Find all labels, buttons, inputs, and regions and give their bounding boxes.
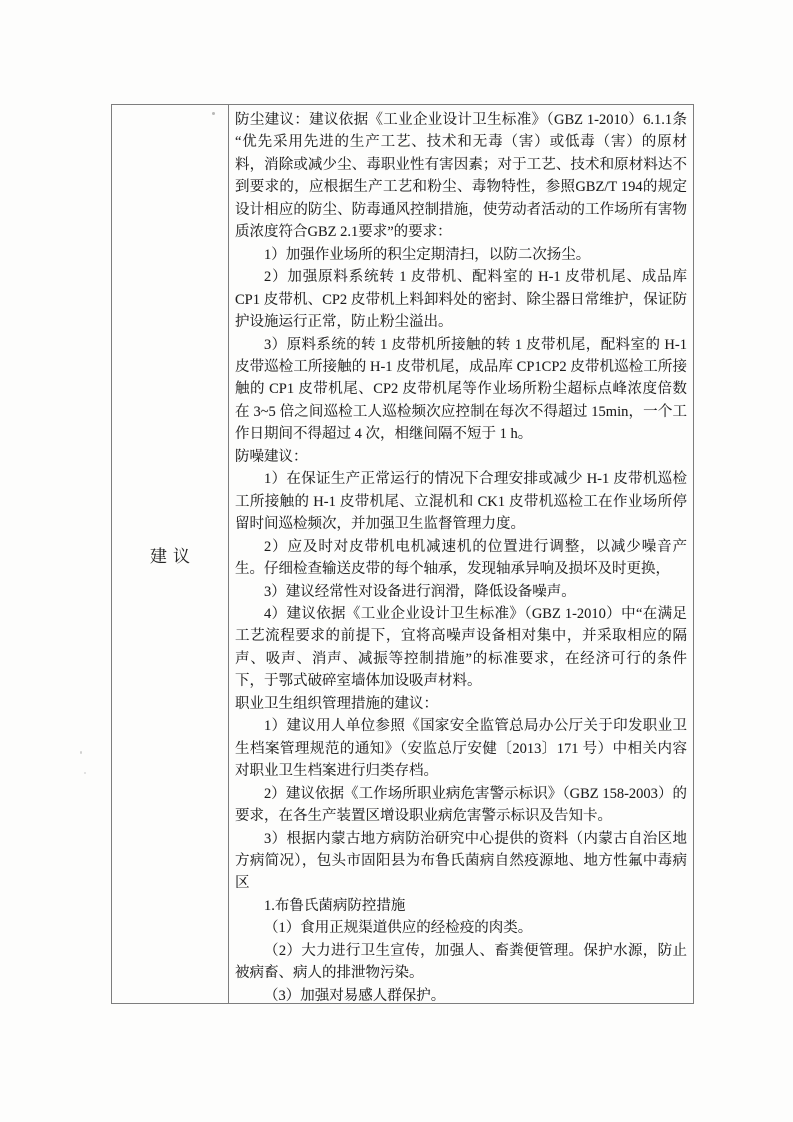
recommendation-paragraph: 1）在保证生产正常运行的情况下合理安排或减少 H-1 皮带机巡检工所接触的 H-… (235, 468, 687, 535)
recommendation-paragraph: 3）根据内蒙古地方病防治研究中心提供的资料（内蒙古自治区地方病简况），包头市固阳… (235, 828, 687, 895)
scan-speck (80, 751, 82, 754)
recommendation-paragraph: （2）大力进行卫生宣传，加强人、畜粪便管理。保护水源，防止被病畜、病人的排泄物污… (235, 940, 687, 985)
recommendations-table-row: 建议 防尘建议：建议依据《工业企业设计卫生标准》（GBZ 1-2010）6.1.… (111, 104, 694, 1004)
recommendation-paragraph: 1.布鲁氏菌病防控措施 (235, 895, 687, 917)
recommendation-paragraph: 3）建议经常性对设备进行润滑，降低设备噪声。 (235, 581, 687, 603)
recommendation-paragraph: 防尘建议：建议依据《工业企业设计卫生标准》（GBZ 1-2010）6.1.1条“… (235, 109, 687, 244)
recommendation-paragraph: 2）加强原料系统转 1 皮带机、配料室的 H-1 皮带机尾、成品库 CP1 皮带… (235, 266, 687, 333)
recommendation-paragraph: （1）食用正规渠道供应的经检疫的肉类。 (235, 917, 687, 939)
recommendation-paragraph: 2）建议依据《工作场所职业病危害警示标识》（GBZ 158-2003）的要求，在… (235, 783, 687, 828)
scan-speck (84, 772, 86, 774)
row-label: 建议 (144, 542, 196, 567)
recommendation-paragraph: 防噪建议： (235, 446, 687, 468)
recommendation-paragraph: 1）加强作业场所的积尘定期清扫，以防二次扬尘。 (235, 244, 687, 266)
recommendation-paragraph: 1）建议用人单位参照《国家安全监管总局办公厅关于印发职业卫生档案管理规范的通知》… (235, 715, 687, 782)
table-label-cell: 建议 (112, 105, 229, 1003)
scan-speck (212, 112, 215, 115)
recommendation-paragraph: 职业卫生组织管理措施的建议： (235, 693, 687, 715)
recommendation-paragraph: （3）加强对易感人群保护。 (235, 985, 687, 1003)
recommendation-paragraph: 2）应及时对皮带机电机减速机的位置进行调整，以减少噪音产生。仔细检查输送皮带的每… (235, 536, 687, 581)
table-content-cell: 防尘建议：建议依据《工业企业设计卫生标准》（GBZ 1-2010）6.1.1条“… (229, 105, 693, 1003)
recommendation-paragraph: 4）建议依据《工业企业设计卫生标准》（GBZ 1-2010）中“在满足工艺流程要… (235, 603, 687, 693)
recommendation-paragraph: 3）原料系统的转 1 皮带机所接触的转 1 皮带机尾，配料室的 H-1 皮带巡检… (235, 334, 687, 446)
scanned-document-page: 建议 防尘建议：建议依据《工业企业设计卫生标准》（GBZ 1-2010）6.1.… (0, 0, 793, 1122)
